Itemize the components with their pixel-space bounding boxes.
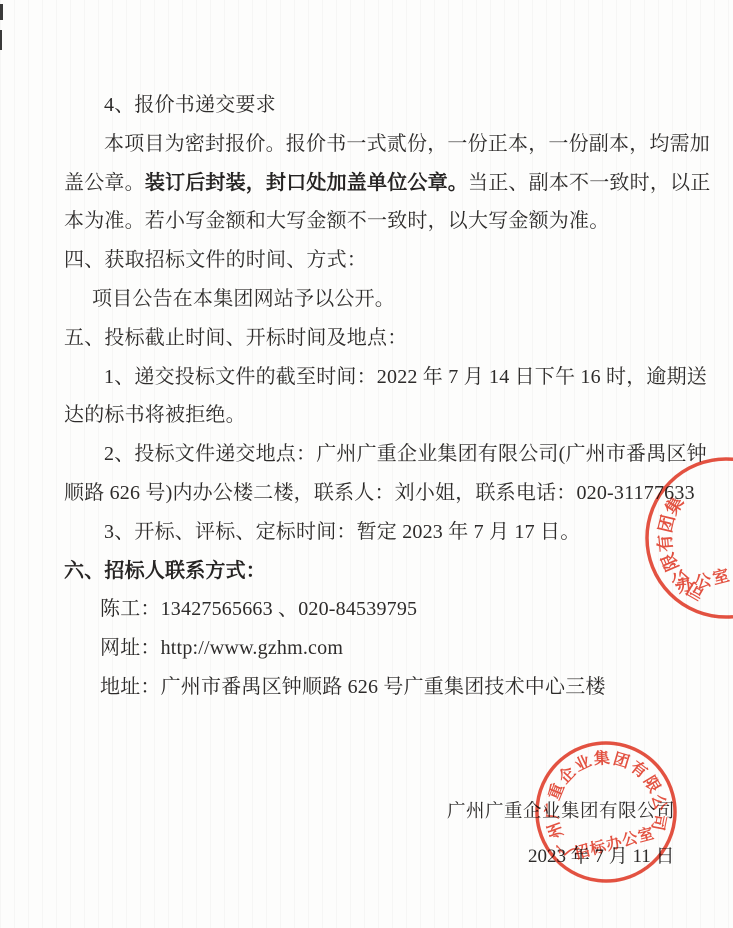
- scan-edge-artifact: [0, 4, 3, 20]
- text-segment: 当正、副本不一致时，以正: [468, 172, 710, 194]
- text-line: 六、招标人联系方式：: [64, 552, 716, 591]
- text-line: 1、递交投标文件的截至时间：2022 年 7 月 14 日下午 16 时，逾期送: [64, 358, 716, 397]
- seal-arc-char: 限: [640, 772, 665, 796]
- text-segment: 五、投标截止时间、开标时间及地点：: [64, 327, 407, 349]
- text-segment: 项目公告在本集团网站予以公开。: [92, 288, 395, 310]
- text-segment: 3、开标、评标、定标时间：暂定 2023 年 7 月 17 日。: [104, 521, 580, 543]
- text-segment: 四、获取招标文件的时间、方式：: [64, 249, 367, 271]
- seal-arc-char: 业: [572, 752, 594, 775]
- text-segment: 1、递交投标文件的截至时间：2022 年 7 月 14 日下午 16 时，逾期送: [104, 366, 707, 388]
- text-segment: 2、投标文件递交地点：广州广重企业集团有限公司(广州市番禺区钟: [104, 443, 707, 465]
- text-line: 网址：http://www.gzhm.com: [64, 629, 716, 668]
- seal-arc-char: 企: [554, 763, 579, 788]
- document-body: 4、报价书递交要求本项目为密封报价。报价书一式贰份，一份正本，一份副本，均需加盖…: [64, 86, 716, 707]
- text-line: 盖公章。装订后封装，封口处加盖单位公章。当正、副本不一致时，以正: [64, 164, 716, 203]
- text-line: 陈工：13427565663 、020-84539795: [64, 590, 716, 629]
- text-line: 3、开标、评标、定标时间：暂定 2023 年 7 月 17 日。: [64, 513, 716, 552]
- text-line: 四、获取招标文件的时间、方式：: [64, 241, 716, 280]
- text-segment: 盖公章。: [64, 172, 145, 194]
- text-line: 本为准。若小写金额和大写金额不一致时，以大写金额为准。: [64, 202, 716, 241]
- bold-text-segment: 装订后封装，封口处加盖单位公章。: [145, 172, 468, 194]
- text-line: 顺路 626 号)内办公楼二楼，联系人：刘小姐，联系电话：020-3117763…: [64, 474, 716, 513]
- text-segment: 陈工：13427565663 、020-84539795: [100, 598, 417, 620]
- text-segment: 地址：广州市番禺区钟顺路 626 号广重集团技术中心三楼: [100, 676, 606, 698]
- text-segment: 顺路 626 号)内办公楼二楼，联系人：刘小姐，联系电话：020-3117763…: [64, 482, 695, 504]
- seal-arc-char: 团: [611, 749, 632, 772]
- seal-arc-char: 有: [627, 757, 651, 782]
- text-segment: 本为准。若小写金额和大写金额不一致时，以大写金额为准。: [64, 210, 609, 232]
- text-line: 本项目为密封报价。报价书一式贰份，一份正本，一份副本，均需加: [64, 125, 716, 164]
- bold-text-segment: 六、招标人联系方式：: [64, 560, 266, 582]
- scan-edge-artifact: [0, 30, 2, 50]
- text-segment: 本项目为密封报价。报价书一式贰份，一份正本，一份副本，均需加: [104, 133, 710, 155]
- text-line: 达的标书将被拒绝。: [64, 396, 716, 435]
- text-line: 地址：广州市番禺区钟顺路 626 号广重集团技术中心三楼: [64, 668, 716, 707]
- text-segment: 达的标书将被拒绝。: [64, 404, 246, 426]
- seal-arc-char: 集: [593, 748, 610, 768]
- text-segment: 网址：http://www.gzhm.com: [100, 637, 343, 659]
- text-line: 2、投标文件递交地点：广州广重企业集团有限公司(广州市番禺区钟: [64, 435, 716, 474]
- signature-company: 广州广重企业集团有限公司: [447, 797, 675, 823]
- text-segment: 4、报价书递交要求: [104, 94, 276, 116]
- text-line: 项目公告在本集团网站予以公开。: [64, 280, 716, 319]
- text-line: 4、报价书递交要求: [64, 86, 716, 125]
- signature-date: 2023 年 7 月 11 日: [528, 841, 675, 868]
- text-line: 五、投标截止时间、开标时间及地点：: [64, 319, 716, 358]
